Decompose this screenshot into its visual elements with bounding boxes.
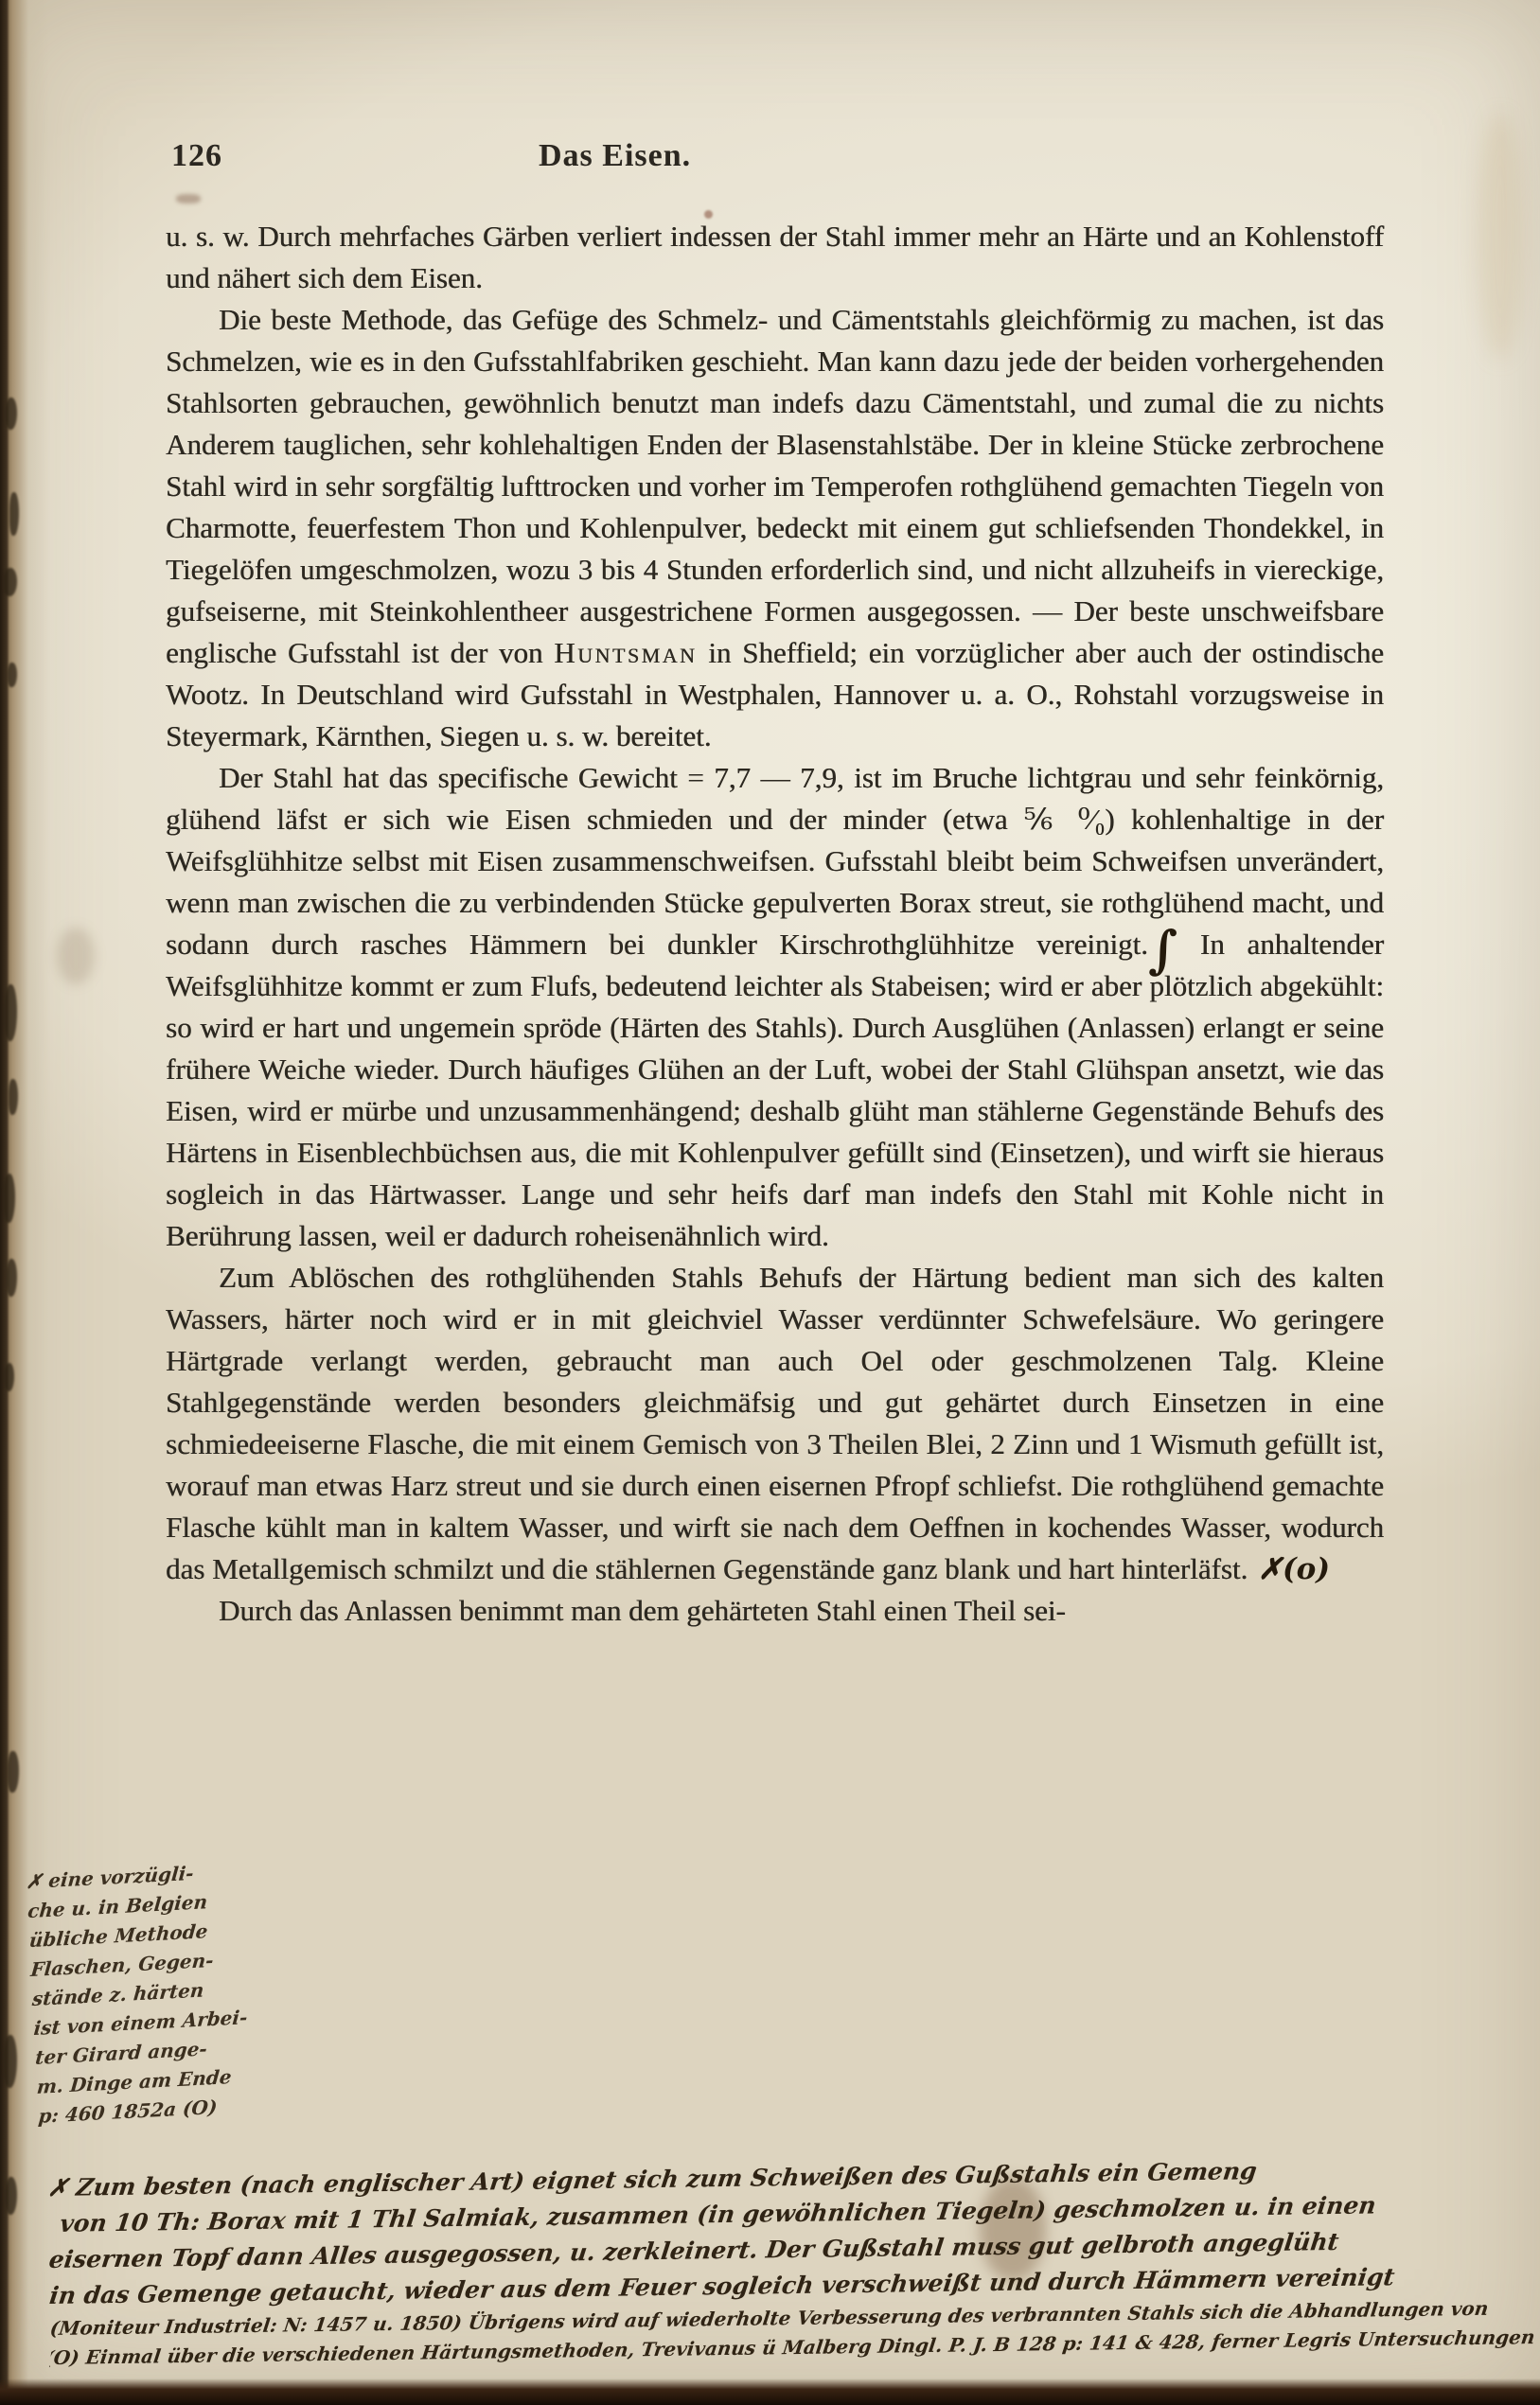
- foxing-spot: [57, 928, 95, 984]
- paragraph: Durch das Anlassen benimmt man dem gehär…: [166, 1590, 1384, 1632]
- paragraph: Zum Ablöschen des rothglühenden Stahls B…: [166, 1257, 1384, 1590]
- page-number: 126: [171, 138, 222, 174]
- text-run: Durch das Anlassen benimmt man dem gehär…: [219, 1594, 1066, 1627]
- handwritten-ink-mark: ✗(o): [1248, 1552, 1330, 1586]
- text-run: In anhaltender Weifsglühhitze kommt er z…: [166, 928, 1384, 1252]
- text-run: Die beste Methode, das Gefüge des Schmel…: [166, 303, 1384, 669]
- paragraph: Der Stahl hat das specifische Gewicht = …: [166, 757, 1384, 1257]
- foxing-spot: [1477, 114, 1524, 360]
- smallcaps-name: Huntsman: [554, 636, 697, 669]
- paragraph: Die beste Methode, das Gefüge des Schmel…: [166, 299, 1384, 757]
- margin-note-left: ✗ eine vorzügli-che u. in Belgienübliche…: [26, 1858, 219, 2131]
- text-run: u. s. w. Durch mehrfaches Gärben verlier…: [166, 220, 1384, 294]
- photo-bottom-edge: [0, 2378, 1540, 2405]
- body-text: u. s. w. Durch mehrfaches Gärben verlier…: [166, 216, 1384, 1632]
- running-title: Das Eisen.: [539, 138, 691, 174]
- text-run: Zum Ablöschen des rothglühenden Stahls B…: [166, 1261, 1384, 1585]
- page-header: 126 Das Eisen.: [166, 138, 1384, 182]
- margin-note-bottom: ✗ Zum besten (nach englischer Art) eigne…: [48, 2149, 1540, 2373]
- foxing-spot: [176, 194, 201, 203]
- book-page-scan: 126 Das Eisen. u. s. w. Durch mehrfaches…: [0, 0, 1540, 2405]
- paragraph: u. s. w. Durch mehrfaches Gärben verlier…: [166, 216, 1384, 299]
